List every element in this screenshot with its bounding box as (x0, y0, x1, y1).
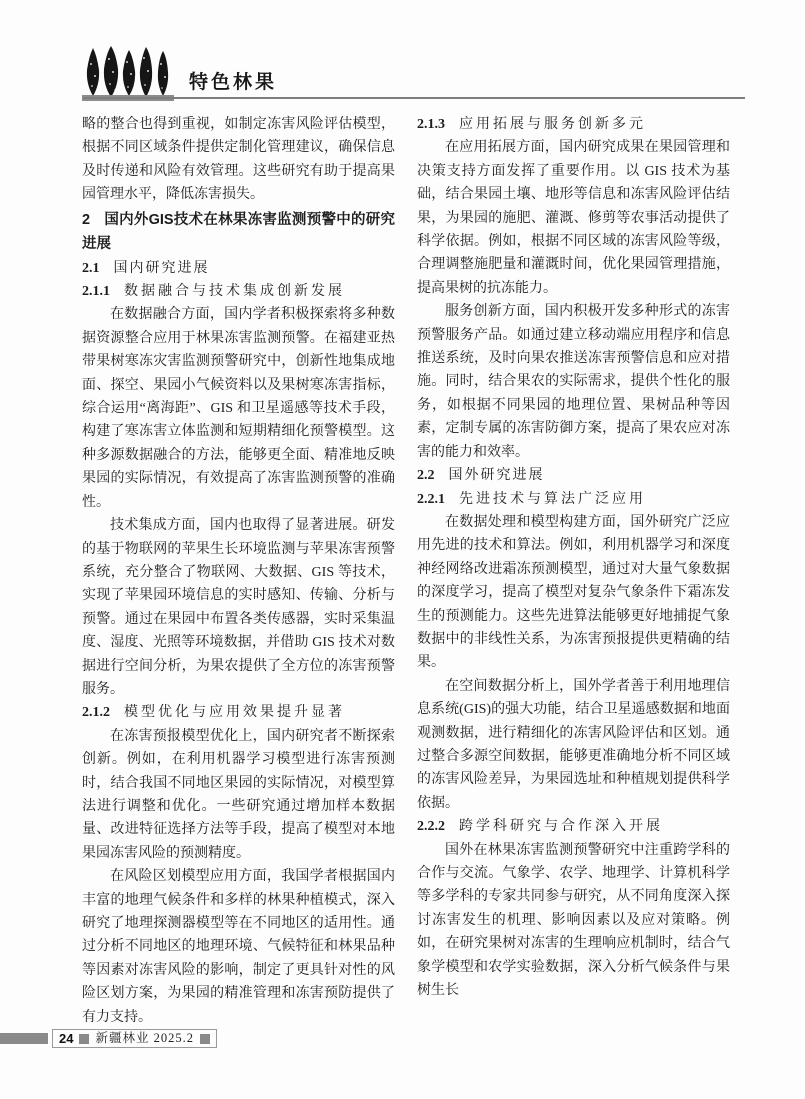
subsection-heading: 2.2国外研究进展 (417, 464, 730, 487)
section-title: 国内外GIS技术在林果冻害监测预警中的研究进展 (82, 212, 395, 252)
subsubsection-number: 2.1.1 (82, 284, 110, 299)
subsubsection-number: 2.2.1 (417, 492, 445, 507)
subsubsection-number: 2.1.2 (82, 705, 110, 720)
paragraph: 略的整合也得到重视，如制定冻害风险评估模型，根据不同区域条件提供定制化管理建议，… (82, 113, 395, 207)
subsubsection-heading: 2.1.1数据融合与技术集成创新发展 (82, 280, 395, 303)
subsection-number: 2.2 (417, 468, 435, 483)
paragraph: 在数据处理和模型构建方面，国外研究广泛应用先进的技术和算法。例如，利用机器学习和… (417, 511, 730, 675)
footer-bar (0, 1033, 48, 1044)
right-column: 2.1.3应用拓展与服务创新多元 在应用拓展方面，国内研究成果在果园管理和决策支… (417, 113, 730, 1029)
journal-issue: 新疆林业 2025.2 (95, 1032, 194, 1045)
header-divider (83, 97, 745, 99)
subsubsection-title: 模型优化与应用效果提升显著 (124, 705, 345, 720)
subsection-heading: 2.1国内研究进展 (82, 257, 395, 280)
subsubsection-title: 跨学科研究与合作深入开展 (459, 819, 663, 834)
paragraph: 国外在林果冻害监测预警研究中注重跨学科的合作与交流。气象学、农学、地理学、计算机… (417, 839, 730, 1003)
footer-square-icon (79, 1034, 89, 1044)
left-column: 略的整合也得到重视，如制定冻害风险评估模型，根据不同区域条件提供定制化管理建议，… (82, 113, 395, 1029)
paragraph: 在空间数据分析上，国外学者善于利用地理信息系统(GIS)的强大功能，结合卫星遥感… (417, 675, 730, 815)
journal-page: 特色林果 略的整合也得到重视，如制定冻害风险评估模型，根据不同区域条件提供定制化… (0, 0, 805, 1099)
subsubsection-title: 数据融合与技术集成创新发展 (124, 284, 345, 299)
subsubsection-heading: 2.1.3应用拓展与服务创新多元 (417, 113, 730, 136)
section-heading: 2国内外GIS技术在林果冻害监测预警中的研究进展 (82, 208, 395, 256)
page-footer: 24 新疆林业 2025.2 (0, 1029, 217, 1048)
subsubsection-number: 2.1.3 (417, 117, 445, 132)
page-number: 24 (59, 1032, 73, 1045)
subsubsection-title: 应用拓展与服务创新多元 (459, 117, 646, 132)
subsubsection-heading: 2.2.1先进技术与算法广泛应用 (417, 488, 730, 511)
paragraph: 在冻害预报模型优化上，国内研究者不断探索创新。例如，在利用机器学习模型进行冻害预… (82, 725, 395, 865)
subsection-title: 国内研究进展 (114, 261, 210, 276)
subsection-title: 国外研究进展 (449, 468, 545, 483)
page-header: 特色林果 (82, 44, 277, 102)
section-number: 2 (82, 212, 90, 228)
footer-square-icon (200, 1034, 210, 1044)
paragraph: 在应用拓展方面，国内研究成果在果园管理和决策支持方面发挥了重要作用。以 GIS … (417, 136, 730, 300)
paragraph: 服务创新方面，国内积极开发多种形式的冻害预警服务产品。如通过建立移动端应用程序和… (417, 300, 730, 464)
subsection-number: 2.1 (82, 261, 100, 276)
subsubsection-heading: 2.2.2跨学科研究与合作深入开展 (417, 815, 730, 838)
paragraph: 在风险区划模型应用方面，我国学者根据国内丰富的地理气候条件和多样的林果种植模式，… (82, 865, 395, 1029)
trees-icon (82, 44, 174, 102)
subsubsection-heading: 2.1.2模型优化与应用效果提升显著 (82, 701, 395, 724)
subsubsection-number: 2.2.2 (417, 819, 445, 834)
paragraph: 在数据融合方面，国内学者积极探索将多种数据资源整合应用于林果冻害监测预警。在福建… (82, 303, 395, 514)
article-body: 略的整合也得到重视，如制定冻害风险评估模型，根据不同区域条件提供定制化管理建议，… (82, 113, 730, 1029)
subsubsection-title: 先进技术与算法广泛应用 (459, 492, 646, 507)
footer-box: 24 新疆林业 2025.2 (52, 1029, 217, 1048)
paragraph: 技术集成方面，国内也取得了显著进展。研发的基于物联网的苹果生长环境监测与苹果冻害… (82, 514, 395, 701)
